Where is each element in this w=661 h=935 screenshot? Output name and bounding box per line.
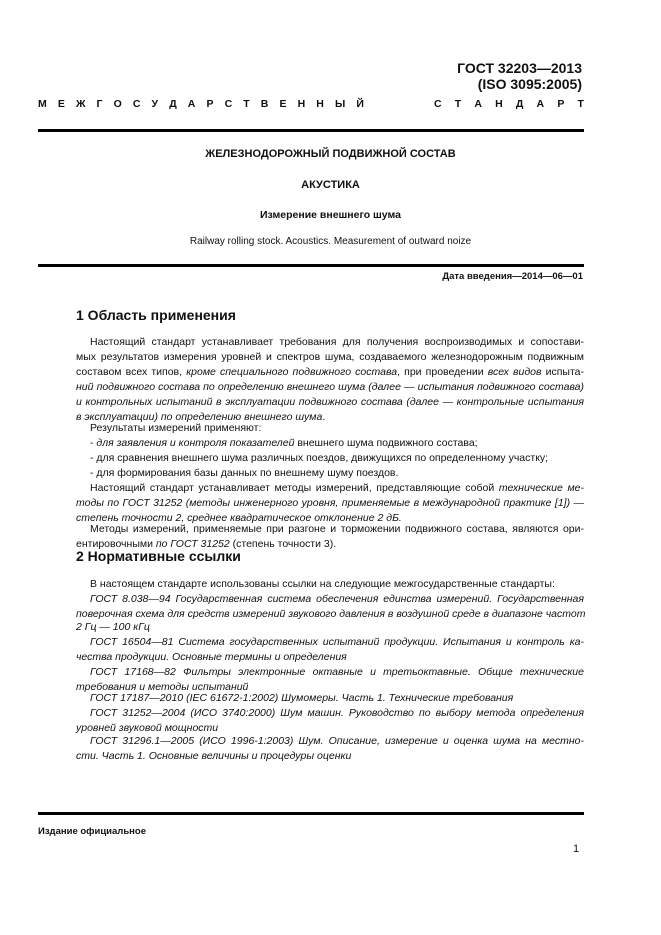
text-line: ГОСТ 31296.1—2005 (ИСО 1996-1:2003) Шум.… — [90, 734, 584, 749]
text-line: тоды по ГОСТ 31252 (методы инженерного у… — [76, 496, 584, 511]
text-line: сти. Часть 1. Основные величины и процед… — [76, 749, 584, 764]
banner-letter: В — [261, 98, 269, 110]
text-line: ГОСТ 16504—81 Система государственных ис… — [90, 635, 584, 650]
text-line: составом всех типов, кроме специального … — [76, 365, 584, 380]
text-line: и контрольных испытаний в эксплуатации п… — [76, 395, 584, 410]
banner-letter: М — [38, 98, 47, 110]
text-line: - для сравнения внешнего шума различных … — [90, 451, 584, 466]
banner-letter: У — [152, 98, 159, 110]
text-line: - для заявления и контроля показателей в… — [90, 436, 584, 451]
banner-letter: А — [537, 98, 545, 110]
gost-number: ГОСТ 32203—2013 — [457, 60, 582, 76]
banner-letter: А — [188, 98, 196, 110]
official-edition-label: Издание официальное — [38, 826, 146, 837]
interstate-standard-banner: МЕЖГОСУДАРСТВЕННЫЙ СТАНДАРТ — [38, 98, 584, 110]
text-line: ГОСТ 31252—2004 (ИСО 3740:2000) Шум маши… — [90, 706, 584, 721]
text-line: Методы измерений, применяемые при разгон… — [90, 522, 584, 537]
introduction-date: Дата введения—2014—06—01 — [442, 271, 583, 282]
title-main: ЖЕЛЕЗНОДОРОЖНЫЙ ПОДВИЖНОЙ СОСТАВ — [0, 148, 661, 160]
section-2-heading: 2 Нормативные ссылки — [76, 548, 241, 564]
banner-letter: Г — [97, 98, 103, 110]
banner-letter: Т — [243, 98, 249, 110]
text-line: 2 Гц — 100 кГц — [76, 620, 584, 635]
banner-letter: Ж — [76, 98, 86, 110]
banner-letter: Д — [169, 98, 176, 110]
text-line: Настоящий стандарт устанавливает методы … — [90, 481, 584, 496]
text-line: чества продукции. Основные термины и опр… — [76, 650, 584, 665]
banner-letter: О — [114, 98, 122, 110]
banner-right: СТАНДАРТ — [434, 98, 584, 110]
title-rule — [38, 264, 584, 267]
banner-letter: Е — [58, 98, 65, 110]
text-line: Настоящий стандарт устанавливает требова… — [90, 335, 584, 350]
title-sub: АКУСТИКА — [0, 179, 661, 191]
banner-letter: Н — [316, 98, 324, 110]
banner-letter: Й — [356, 98, 364, 110]
text-line: В настоящем стандарте использованы ссылк… — [90, 577, 584, 592]
document-code: ГОСТ 32203—2013 (ISO 3095:2005) — [457, 60, 582, 92]
banner-left: МЕЖГОСУДАРСТВЕННЫЙ — [38, 98, 364, 110]
banner-letter: А — [474, 98, 482, 110]
footer-rule — [38, 812, 584, 815]
banner-letter: Н — [298, 98, 306, 110]
banner-letter: Т — [578, 98, 584, 110]
text-line: - для формирования базы данных по внешне… — [90, 466, 584, 481]
title-subsub: Измерение внешнего шума — [0, 209, 661, 221]
text-line: ний подвижного состава по определению вн… — [76, 380, 584, 395]
text-line: мых результатов измерения уровней и спек… — [76, 350, 584, 365]
banner-letter: Е — [279, 98, 286, 110]
banner-letter: Р — [557, 98, 564, 110]
banner-letter: Д — [516, 98, 523, 110]
banner-letter: Ы — [335, 98, 345, 110]
banner-letter: С — [434, 98, 442, 110]
page-number: 1 — [573, 843, 579, 855]
banner-letter: Т — [455, 98, 461, 110]
header-rule — [38, 129, 584, 132]
section-1-heading: 1 Область применения — [76, 307, 236, 323]
title-english: Railway rolling stock. Acoustics. Measur… — [0, 236, 661, 247]
text-line: ГОСТ 8.038—94 Государственная система об… — [90, 592, 584, 607]
banner-letter: С — [133, 98, 141, 110]
banner-letter: Н — [495, 98, 503, 110]
text-line: ГОСТ 17168—82 Фильтры электронные октавн… — [90, 665, 584, 680]
text-line: Результаты измерений применяют: — [90, 421, 584, 436]
iso-number: (ISO 3095:2005) — [457, 76, 582, 92]
text-line: ГОСТ 17187—2010 (IEC 61672-1:2002) Шумом… — [90, 691, 584, 706]
banner-letter: Р — [206, 98, 213, 110]
banner-letter: С — [225, 98, 233, 110]
